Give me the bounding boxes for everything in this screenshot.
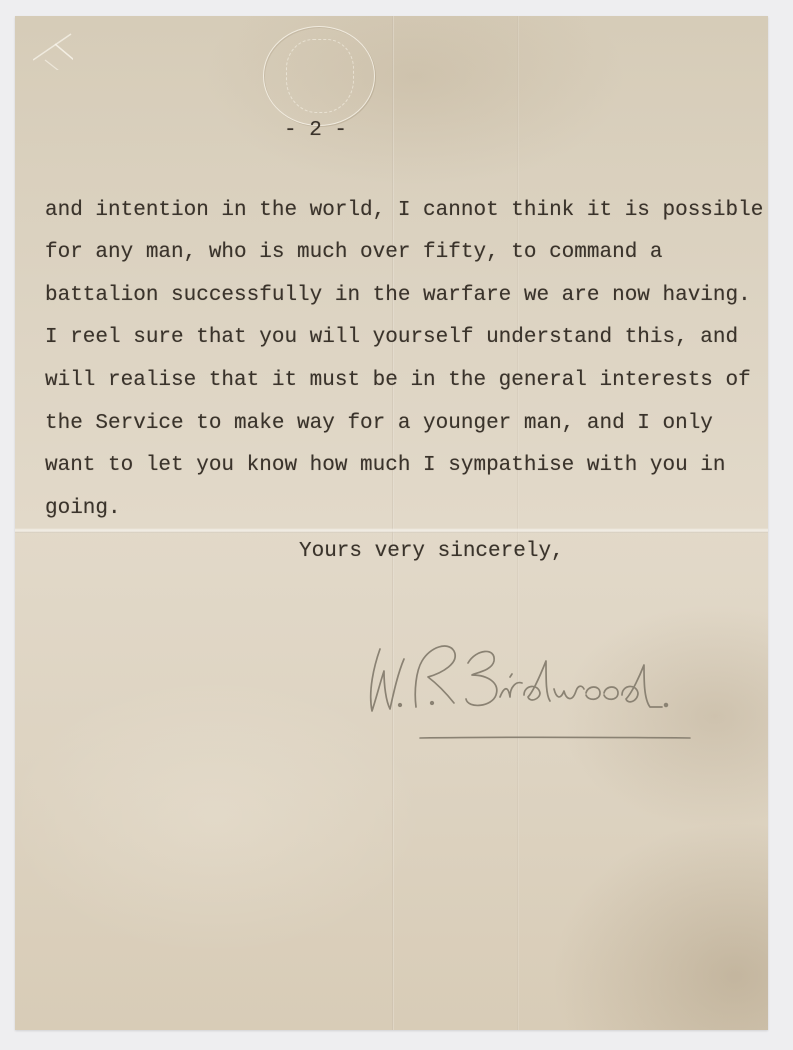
signature: W. R. Birdwood. (350, 611, 730, 741)
body-line-2: for any man, who is much over fifty, to … (45, 242, 663, 263)
seal-crest (286, 39, 354, 113)
letter-page: - 2 - and intention in the world, I cann… (15, 16, 768, 1030)
body-line-7: want to let you know how much I sympathi… (45, 455, 726, 476)
document-viewer: - 2 - and intention in the world, I cann… (0, 0, 793, 1050)
body-line-6: the Service to make way for a younger ma… (45, 413, 713, 434)
body-line-5: will realise that it must be in the gene… (45, 370, 751, 391)
corner-crease-mark (33, 30, 73, 70)
body-line-8: going. (45, 498, 121, 519)
body-line-3: battalion successfully in the warfare we… (45, 285, 751, 306)
vertical-fold-crease (392, 16, 394, 1030)
body-line-4: I reel sure that you will yourself under… (45, 327, 738, 348)
signature-handwriting-icon (350, 611, 730, 741)
closing-salutation: Yours very sincerely, (299, 541, 564, 562)
body-line-1: and intention in the world, I cannot thi… (45, 200, 763, 221)
page-number: - 2 - (284, 120, 347, 141)
embossed-seal-icon (263, 26, 375, 126)
signature-text: W. R. Birdwood. (350, 611, 351, 612)
vertical-fold-crease (517, 16, 519, 1030)
horizontal-fold-crease (15, 528, 768, 533)
